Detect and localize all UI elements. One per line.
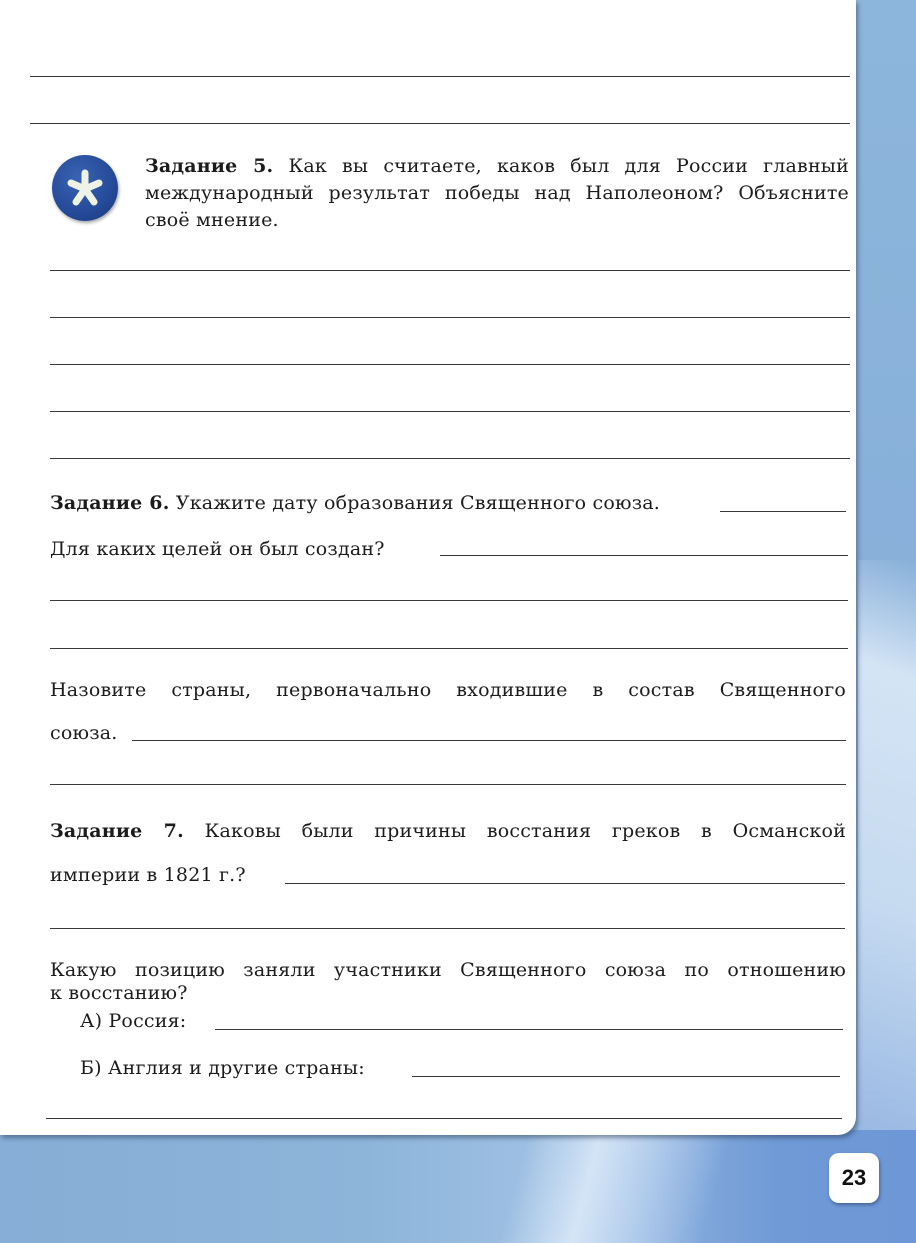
option-b-england: Б) Англия и другие страны: xyxy=(80,1055,365,1081)
task6-question-countries-cont: союза. xyxy=(50,720,118,746)
answer-line[interactable] xyxy=(50,600,848,601)
answer-line[interactable] xyxy=(50,364,850,365)
answer-line[interactable] xyxy=(50,270,850,271)
answer-line[interactable] xyxy=(440,555,848,556)
task5-label: Задание 5. xyxy=(145,155,273,177)
page-number: 23 xyxy=(829,1153,879,1203)
task7-label: Задание 7. xyxy=(50,820,184,842)
option-a-russia: А) Россия: xyxy=(80,1008,186,1034)
answer-line[interactable] xyxy=(50,928,845,929)
answer-line[interactable] xyxy=(285,883,845,884)
answer-line[interactable] xyxy=(30,76,850,77)
answer-line[interactable] xyxy=(132,740,846,741)
task5-line2: международный результат победы над Напол… xyxy=(145,180,849,206)
background-bottom-band xyxy=(0,1130,916,1243)
answer-line[interactable] xyxy=(50,317,850,318)
asterisk-star-icon xyxy=(52,155,118,221)
workbook-page: Задание 5. Как вы считаете, каков был дл… xyxy=(0,0,856,1135)
answer-line-england[interactable] xyxy=(412,1076,840,1077)
answer-line-date[interactable] xyxy=(720,511,846,512)
answer-line[interactable] xyxy=(50,784,846,785)
task6-question-purpose: Для каких целей он был создан? xyxy=(50,536,385,562)
task7-question-position-cont: к восстанию? xyxy=(50,980,188,1006)
answer-line[interactable] xyxy=(30,123,850,124)
task7-question-causes: Задание 7. Каковы были причины восстания… xyxy=(50,818,846,844)
background-light-stripe xyxy=(858,560,916,1140)
answer-line[interactable] xyxy=(50,648,848,649)
background-bottom-highlight xyxy=(500,1130,760,1243)
answer-line[interactable] xyxy=(50,458,850,459)
task6-question-countries: Назовите страны, первоначально входившие… xyxy=(50,677,846,703)
task5-line3: своё мнение. xyxy=(145,207,279,233)
answer-line[interactable] xyxy=(50,411,850,412)
task7-question-causes-cont: империи в 1821 г.? xyxy=(50,862,246,888)
answer-line[interactable] xyxy=(46,1118,842,1119)
task5-line1: Задание 5. Как вы считаете, каков был дл… xyxy=(145,153,849,179)
task6-label: Задание 6. xyxy=(50,492,170,514)
answer-line-russia[interactable] xyxy=(215,1029,843,1030)
asterisk-glyph-icon xyxy=(65,168,105,208)
task6-question-date: Задание 6. Укажите дату образования Свящ… xyxy=(50,490,660,516)
